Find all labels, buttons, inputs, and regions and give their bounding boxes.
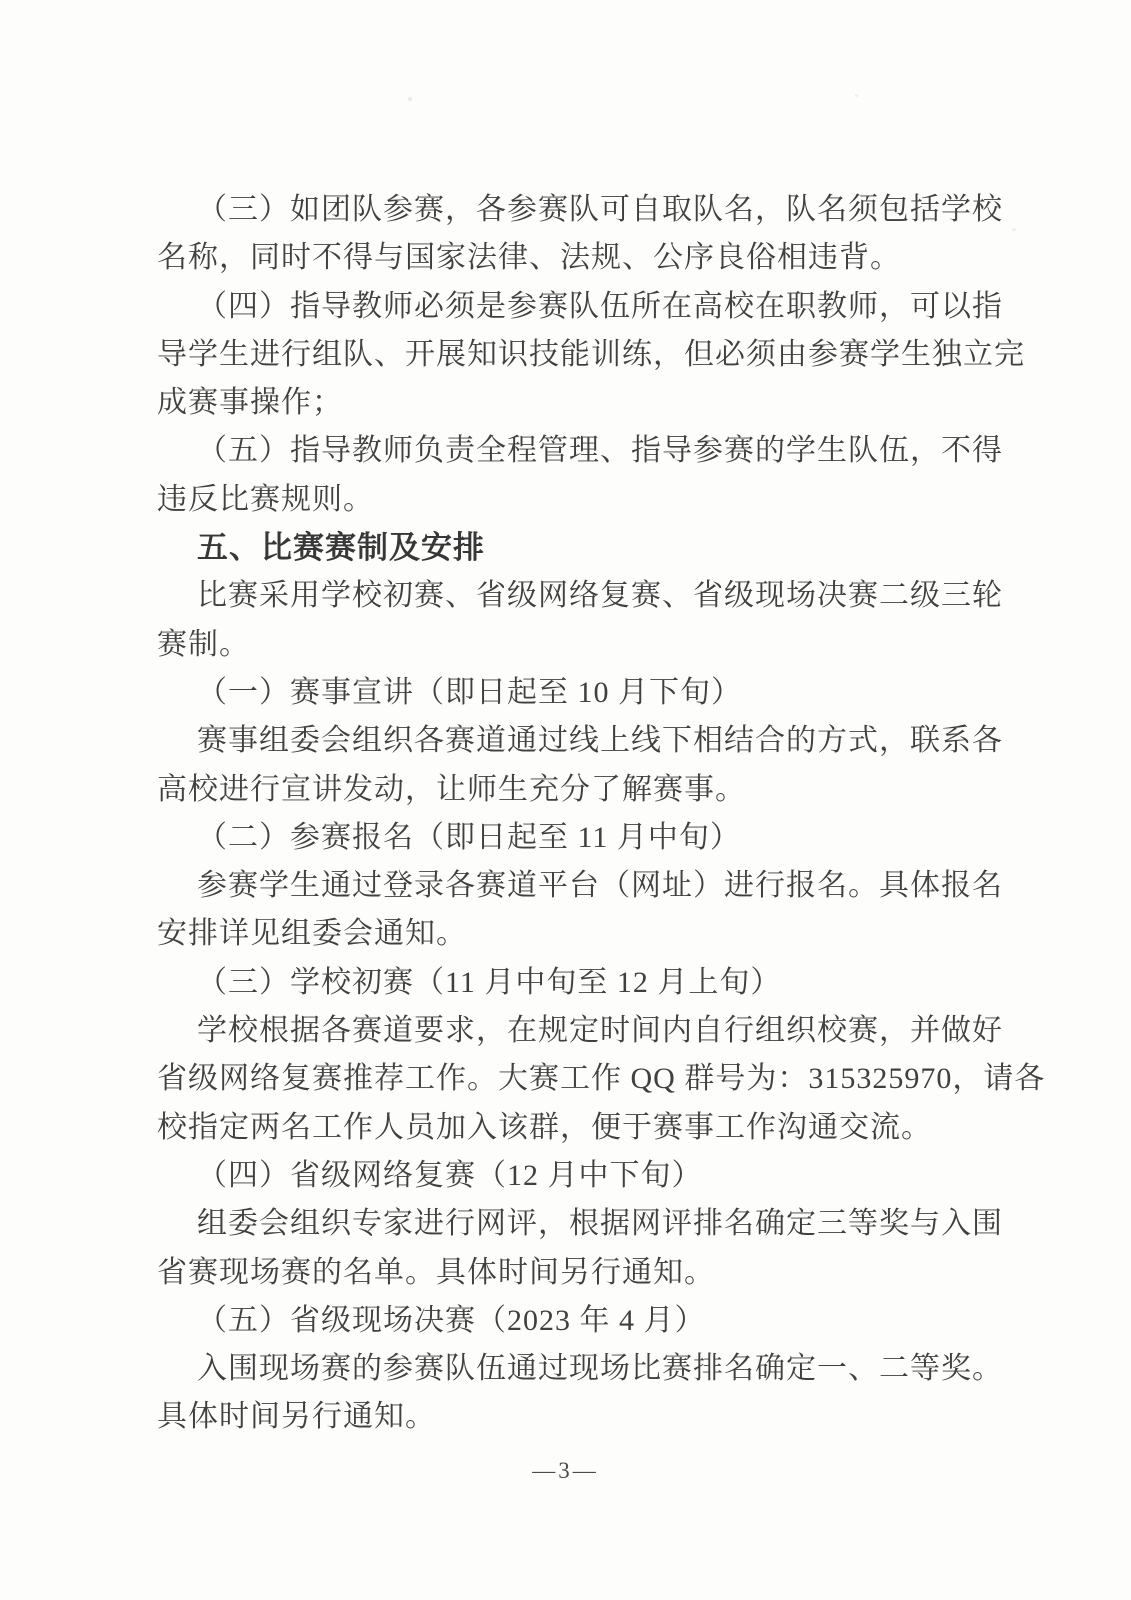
section-heading: 五、比赛赛制及安排 xyxy=(157,524,997,572)
text-line: 高校进行宣讲发动，让师生充分了解赛事。 xyxy=(157,766,997,814)
text-line: （二）参赛报名（即日起至 11 月中旬） xyxy=(157,814,997,862)
text-line: 导学生进行组队、开展知识技能训练，但必须由参赛学生独立完 xyxy=(157,331,997,379)
text-line: （三）学校初赛（11 月中旬至 12 月上旬） xyxy=(157,959,997,1007)
document-body: （三）如团队参赛，各参赛队可自取队名，队名须包括学校名称，同时不得与国家法律、法… xyxy=(157,186,997,1442)
text-line: （五）省级现场决赛（2023 年 4 月） xyxy=(157,1297,997,1345)
text-line: 具体时间另行通知。 xyxy=(157,1393,997,1441)
text-line: 组委会组织专家进行网评，根据网评排名确定三等奖与入围 xyxy=(157,1200,997,1248)
text-line: 比赛采用学校初赛、省级网络复赛、省级现场决赛二级三轮 xyxy=(157,572,997,620)
text-line: （三）如团队参赛，各参赛队可自取队名，队名须包括学校 xyxy=(157,186,997,234)
text-line: 入围现场赛的参赛队伍通过现场比赛排名确定一、二等奖。 xyxy=(157,1345,997,1393)
scan-speck xyxy=(855,94,858,97)
text-line: （五）指导教师负责全程管理、指导参赛的学生队伍，不得 xyxy=(157,427,997,475)
text-line: 校指定两名工作人员加入该群，便于赛事工作沟通交流。 xyxy=(157,1104,997,1152)
text-line: 名称，同时不得与国家法律、法规、公序良俗相违背。 xyxy=(157,234,997,282)
text-line: 省赛现场赛的名单。具体时间另行通知。 xyxy=(157,1249,997,1297)
text-line: 参赛学生通过登录各赛道平台（网址）进行报名。具体报名 xyxy=(157,862,997,910)
text-line: 安排详见组委会通知。 xyxy=(157,910,997,958)
text-line: 违反比赛规则。 xyxy=(157,476,997,524)
document-page: （三）如团队参赛，各参赛队可自取队名，队名须包括学校名称，同时不得与国家法律、法… xyxy=(0,0,1131,1600)
text-line: 成赛事操作； xyxy=(157,379,997,427)
text-line: 赛制。 xyxy=(157,621,997,669)
text-line: 学校根据各赛道要求，在规定时间内自行组织校赛，并做好 xyxy=(157,1007,997,1055)
text-line: （四）省级网络复赛（12 月中下旬） xyxy=(157,1152,997,1200)
text-line: （四）指导教师必须是参赛队伍所在高校在职教师，可以指 xyxy=(157,283,997,331)
text-line: （一）赛事宣讲（即日起至 10 月下旬） xyxy=(157,669,997,717)
scan-speck xyxy=(1012,228,1016,231)
text-line: 省级网络复赛推荐工作。大赛工作 QQ 群号为：315325970，请各 xyxy=(157,1055,997,1103)
scan-speck xyxy=(408,97,412,101)
text-line: 赛事组委会组织各赛道通过线上线下相结合的方式，联系各 xyxy=(157,717,997,765)
page-number: —3— xyxy=(0,1458,1131,1484)
